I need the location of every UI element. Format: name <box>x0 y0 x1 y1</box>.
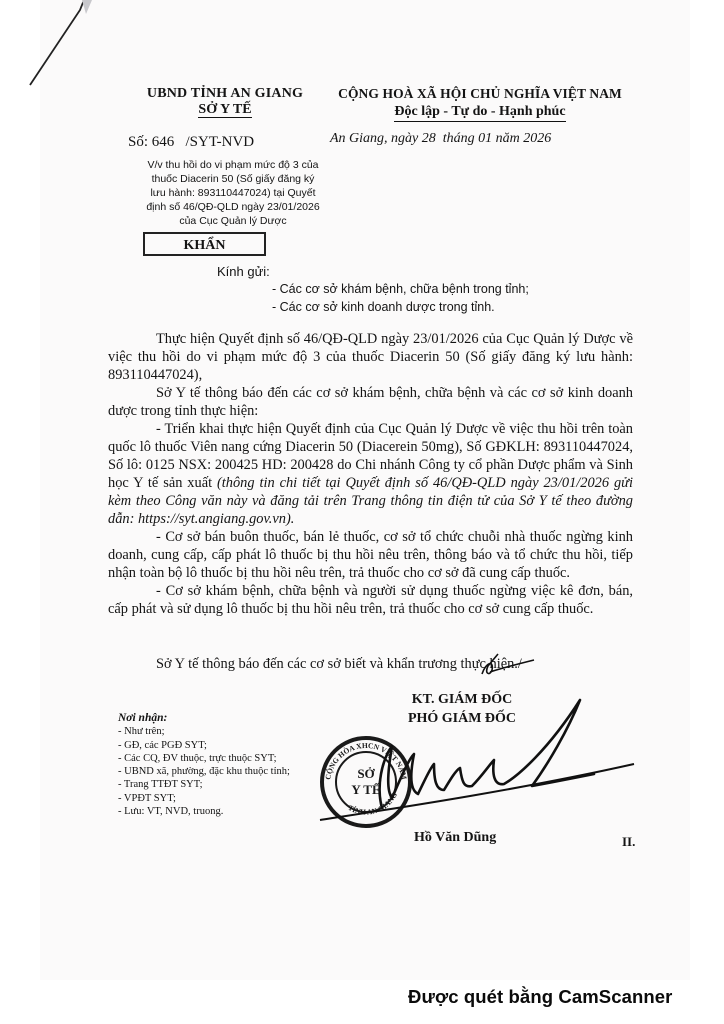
body-paragraph: Thực hiện Quyết định số 46/QĐ-QLD ngày 2… <box>108 330 633 384</box>
page-mark: II. <box>622 834 635 850</box>
distribution-item: - Trang TTĐT SYT; <box>118 778 290 791</box>
subject-line: của Cục Quản lý Dược <box>118 214 348 228</box>
document-body: Thực hiện Quyết định số 46/QĐ-QLD ngày 2… <box>108 330 633 618</box>
recipient-line: - Các cơ sở kinh doanh dược trong tỉnh. <box>272 300 495 314</box>
distribution-label: Nơi nhận: <box>118 712 290 725</box>
subject-line: lưu hành: 893110447024) tại Quyết <box>118 186 348 200</box>
document-subject: V/v thu hồi do vi phạm mức độ 3 của thuố… <box>118 158 348 228</box>
closing-sentence: Sở Y tế thông báo đến các cơ sở biết và … <box>108 656 633 673</box>
distribution-item: - Lưu: VT, NVD, truong. <box>118 805 290 818</box>
subject-line: V/v thu hồi do vi phạm mức độ 3 của <box>118 158 348 172</box>
recipient-line: - Các cơ sở khám bệnh, chữa bệnh trong t… <box>272 282 529 296</box>
page-corner-shadow <box>22 0 92 90</box>
body-paragraph-implementation: - Triển khai thực hiện Quyết định của Cụ… <box>108 420 633 528</box>
distribution-item: - Như trên; <box>118 725 290 738</box>
subject-line: thuốc Diacerin 50 (Số giấy đăng ký <box>118 172 348 186</box>
place-date: An Giang, ngày 28 tháng 01 năm 2026 <box>330 131 551 147</box>
handwritten-signature-icon <box>318 690 638 830</box>
document-number: Số: 646 /SYT-NVD <box>128 134 254 151</box>
distribution-item: - UBND xã, phường, đặc khu thuộc tỉnh; <box>118 765 290 778</box>
parent-organization: UBND TỈNH AN GIANG <box>100 86 350 102</box>
distribution-list: Nơi nhận: - Như trên; - GĐ, các PGĐ SYT;… <box>118 712 290 818</box>
body-paragraph: Sở Y tế thông báo đến các cơ sở khám bện… <box>108 384 633 420</box>
issuer-header: UBND TỈNH AN GIANG SỞ Y TẾ <box>100 86 350 118</box>
nation-title: CỘNG HOÀ XÃ HỘI CHỦ NGHĨA VIỆT NAM <box>322 86 638 102</box>
issuing-organization: SỞ Y TẾ <box>100 102 350 118</box>
body-paragraph: - Cơ sở khám bệnh, chữa bệnh và người sử… <box>108 582 633 618</box>
national-motto: Độc lập - Tự do - Hạnh phúc <box>394 104 565 122</box>
subject-line: định số 46/QĐ-QLD ngày 23/01/2026 <box>118 200 348 214</box>
distribution-item: - Các CQ, ĐV thuộc, trực thuộc SYT; <box>118 752 290 765</box>
issuing-organization-text: SỞ Y TẾ <box>198 102 251 118</box>
urgency-stamp: KHẨN <box>143 232 266 256</box>
distribution-item: - VPĐT SYT; <box>118 792 290 805</box>
signer-name: Hồ Văn Dũng <box>414 830 496 846</box>
initial-mark-icon <box>478 652 538 678</box>
body-paragraph: - Cơ sở bán buôn thuốc, bán lẻ thuốc, cơ… <box>108 528 633 582</box>
scanner-watermark: Được quét bằng CamScanner <box>408 986 672 1008</box>
greeting: Kính gửi: <box>217 264 270 279</box>
national-header: CỘNG HOÀ XÃ HỘI CHỦ NGHĨA VIỆT NAM Độc l… <box>322 86 638 122</box>
distribution-item: - GĐ, các PGĐ SYT; <box>118 739 290 752</box>
